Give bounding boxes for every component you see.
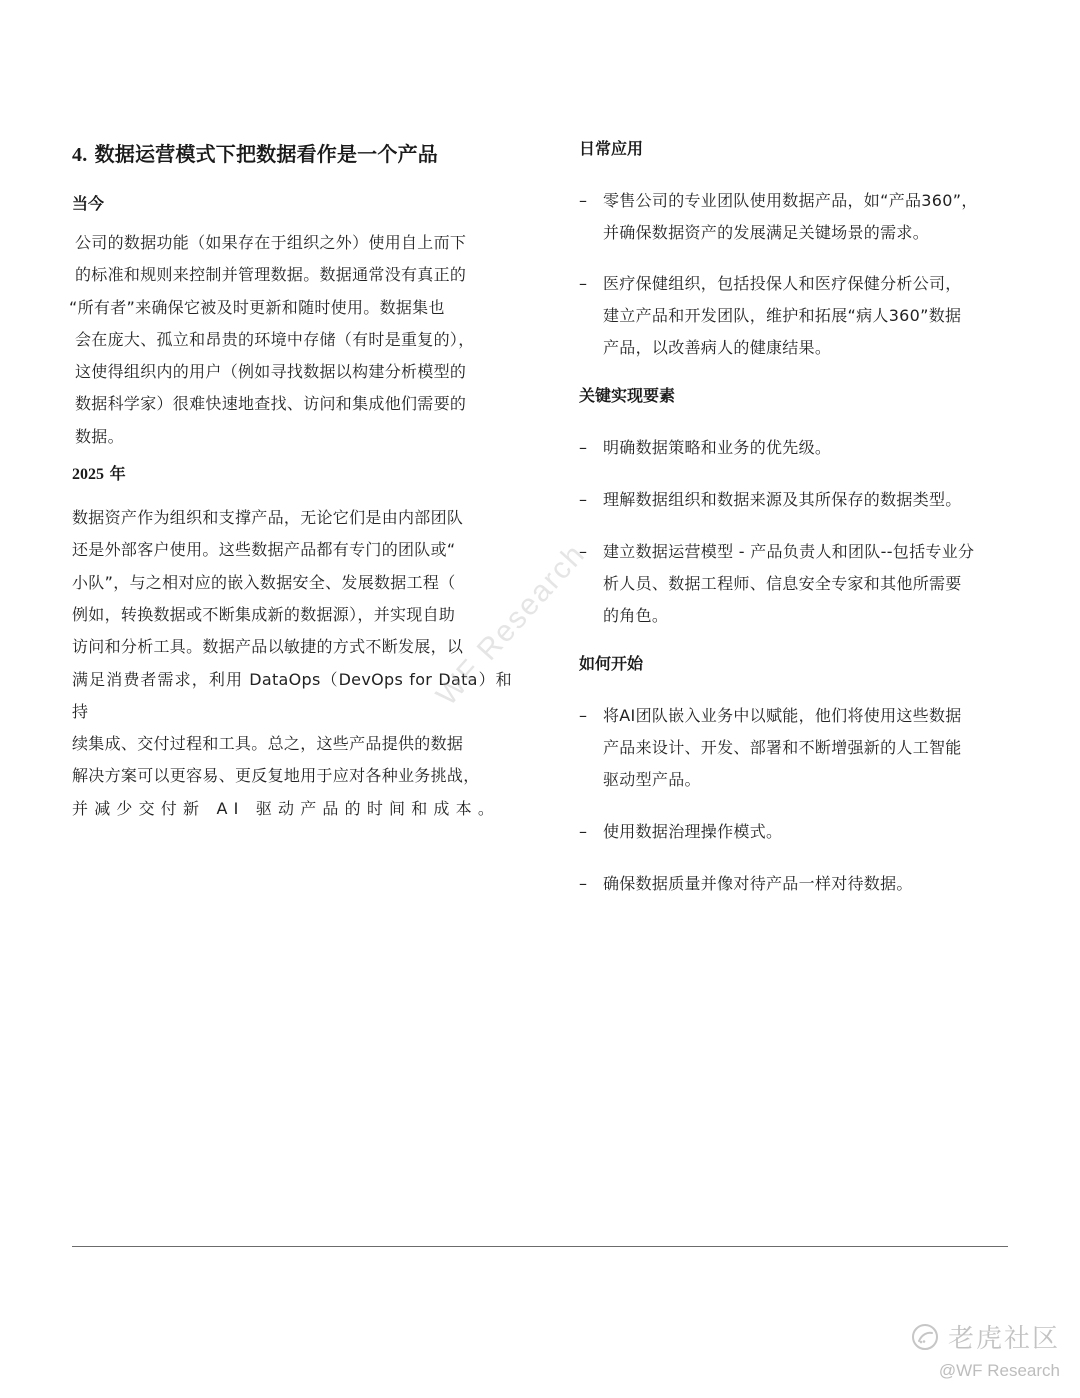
list-item-line: 建立数据运营模型 - 产品负责人和团队--包括专业分 bbox=[603, 536, 1019, 568]
list-item: – 明确数据策略和业务的优先级。 bbox=[579, 432, 1019, 464]
paragraph-line: 访问和分析工具。数据产品以敏捷的方式不断发展，以 bbox=[72, 631, 512, 663]
section-title-text: 数据运营模式下把数据看作是一个产品 bbox=[95, 142, 438, 166]
paragraph-line: 解决方案可以更容易、更反复地用于应对各种业务挑战， bbox=[72, 760, 512, 792]
footer-divider bbox=[72, 1246, 1008, 1247]
brand-handle: @WF Research bbox=[910, 1361, 1060, 1381]
brand-name: 老虎社区 bbox=[948, 1318, 1060, 1355]
paragraph-line: 这使得组织内的用户（例如寻找数据以构建分析模型的 bbox=[75, 356, 512, 388]
list-item-line: 析人员、数据工程师、信息安全专家和其他所需要 bbox=[603, 568, 1019, 600]
paragraph-line: “所有者”来确保它被及时更新和随时使用。数据集也 bbox=[69, 292, 512, 324]
dash-bullet-icon: – bbox=[579, 484, 593, 516]
heading-2025: 2025 年 bbox=[72, 461, 512, 488]
tiger-community-logo-icon bbox=[910, 1322, 940, 1352]
dash-bullet-icon: – bbox=[579, 432, 593, 464]
dash-bullet-icon: – bbox=[579, 185, 593, 217]
key-elements-list: – 明确数据策略和业务的优先级。 – 理解数据组织和数据来源及其所保存的数据类型… bbox=[579, 432, 1019, 632]
paragraph-line: 例如，转换数据或不断集成新的数据源），并实现自助 bbox=[72, 599, 512, 631]
list-item-line: 并确保数据资产的发展满足关键场景的需求。 bbox=[603, 217, 1019, 249]
paragraph-line: 公司的数据功能（如果存在于组织之外）使用自上而下 bbox=[75, 227, 512, 259]
list-item: – 将AI团队嵌入业务中以赋能，他们将使用这些数据 产品来设计、开发、部署和不断… bbox=[579, 700, 1019, 796]
list-item: – 使用数据治理操作模式。 bbox=[579, 816, 1019, 848]
list-item: – 确保数据质量并像对待产品一样对待数据。 bbox=[579, 868, 1019, 900]
left-column: 4. 数据运营模式下把数据看作是一个产品 当今 公司的数据功能（如果存在于组织之… bbox=[72, 138, 512, 825]
paragraph-line: 数据。 bbox=[75, 421, 512, 453]
dash-bullet-icon: – bbox=[579, 700, 593, 732]
list-item-line: 医疗保健组织，包括投保人和医疗保健分析公司， bbox=[603, 268, 1019, 300]
list-item: – 医疗保健组织，包括投保人和医疗保健分析公司， 建立产品和开发团队，维护和拓展… bbox=[579, 268, 1019, 364]
paragraph-line: 并减少交付新 AI 驱动产品的时间和成本。 bbox=[72, 793, 512, 825]
paragraph-line: 续集成、交付过程和工具。总之，这些产品提供的数据 bbox=[72, 728, 512, 760]
dash-bullet-icon: – bbox=[579, 816, 593, 848]
list-item-line: 建立产品和开发团队，维护和拓展“病人360”数据 bbox=[603, 300, 1019, 332]
dash-bullet-icon: – bbox=[579, 536, 593, 568]
paragraph-2025: 数据资产作为组织和支撑产品，无论它们是由内部团队 还是外部客户使用。这些数据产品… bbox=[72, 502, 512, 825]
list-item-line: 将AI团队嵌入业务中以赋能，他们将使用这些数据 bbox=[603, 700, 1019, 732]
list-item-line: 产品，以改善病人的健康结果。 bbox=[603, 332, 1019, 364]
list-item-line: 产品来设计、开发、部署和不断增强新的人工智能 bbox=[603, 732, 1019, 764]
list-item: – 建立数据运营模型 - 产品负责人和团队--包括专业分 析人员、数据工程师、信… bbox=[579, 536, 1019, 632]
heading-year: 2025 bbox=[72, 466, 104, 483]
list-item-line: 确保数据质量并像对待产品一样对待数据。 bbox=[603, 868, 1019, 900]
list-item-line: 明确数据策略和业务的优先级。 bbox=[603, 432, 1019, 464]
paragraph-today: 公司的数据功能（如果存在于组织之外）使用自上而下 的标准和规则来控制并管理数据。… bbox=[72, 227, 512, 453]
list-item-line: 理解数据组织和数据来源及其所保存的数据类型。 bbox=[603, 484, 1019, 516]
how-to-start-list: – 将AI团队嵌入业务中以赋能，他们将使用这些数据 产品来设计、开发、部署和不断… bbox=[579, 700, 1019, 900]
paragraph-line: 数据资产作为组织和支撑产品，无论它们是由内部团队 bbox=[72, 502, 512, 534]
heading-key-elements: 关键实现要素 bbox=[579, 382, 1019, 410]
heading-how-to-start: 如何开始 bbox=[579, 650, 1019, 678]
list-item: – 零售公司的专业团队使用数据产品，如“产品360”， 并确保数据资产的发展满足… bbox=[579, 185, 1019, 249]
section-number: 4. bbox=[72, 144, 87, 166]
dash-bullet-icon: – bbox=[579, 268, 593, 300]
list-item-line: 驱动型产品。 bbox=[603, 764, 1019, 796]
list-item: – 理解数据组织和数据来源及其所保存的数据类型。 bbox=[579, 484, 1019, 516]
heading-today: 当今 bbox=[72, 191, 512, 217]
heading-year-suffix: 年 bbox=[104, 464, 126, 483]
paragraph-line: 还是外部客户使用。这些数据产品都有专门的团队或“ bbox=[72, 534, 512, 566]
dash-bullet-icon: – bbox=[579, 868, 593, 900]
brand-watermark: 老虎社区 @WF Research bbox=[910, 1318, 1060, 1381]
daily-use-list: – 零售公司的专业团队使用数据产品，如“产品360”， 并确保数据资产的发展满足… bbox=[579, 185, 1019, 364]
paragraph-line: 的标准和规则来控制并管理数据。数据通常没有真正的 bbox=[75, 259, 512, 291]
document-page: 4. 数据运营模式下把数据看作是一个产品 当今 公司的数据功能（如果存在于组织之… bbox=[0, 0, 1080, 1398]
list-item-line: 的角色。 bbox=[603, 600, 1019, 632]
heading-daily-use: 日常应用 bbox=[579, 135, 1019, 163]
brand-row: 老虎社区 bbox=[910, 1318, 1060, 1355]
paragraph-line: 满足消费者需求，利用 DataOps（DevOps for Data）和持 bbox=[72, 664, 512, 729]
right-column: 日常应用 – 零售公司的专业团队使用数据产品，如“产品360”， 并确保数据资产… bbox=[579, 135, 1019, 900]
paragraph-line: 数据科学家）很难快速地查找、访问和集成他们需要的 bbox=[75, 388, 512, 420]
list-item-line: 使用数据治理操作模式。 bbox=[603, 816, 1019, 848]
list-item-line: 零售公司的专业团队使用数据产品，如“产品360”， bbox=[603, 185, 1019, 217]
paragraph-line: 小队”，与之相对应的嵌入数据安全、发展数据工程（ bbox=[72, 567, 512, 599]
paragraph-line: 会在庞大、孤立和昂贵的环境中存储（有时是重复的）， bbox=[75, 324, 512, 356]
section-title: 4. 数据运营模式下把数据看作是一个产品 bbox=[72, 138, 512, 171]
